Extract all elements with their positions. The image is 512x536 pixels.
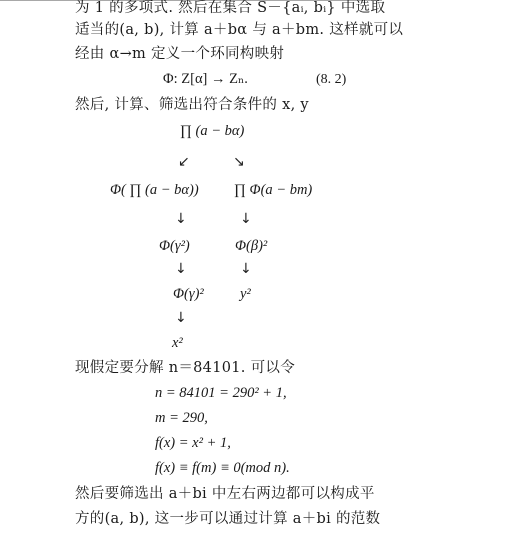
paragraph-line-1: 为 1 的多项式. 然后在集合 S－{aᵢ, bᵢ} 中选取 bbox=[75, 0, 385, 17]
equation-8-2: Φ: Z[α] → Zₙ. bbox=[163, 70, 248, 88]
arrow-down-icon: ↓ bbox=[175, 262, 187, 276]
diagram-top-product: ∏ (a − bα) bbox=[180, 122, 244, 140]
arrow-down-left-icon: ↙ bbox=[178, 155, 190, 169]
paragraph-line-3: 经由 α→m 定义一个环同构映射 bbox=[75, 45, 284, 63]
equation-n: n = 84101 = 290² + 1, bbox=[155, 384, 287, 402]
arrow-down-icon: ↓ bbox=[175, 212, 187, 226]
diagram-left-2: Φ(γ²) bbox=[159, 237, 190, 255]
arrow-down-icon: ↓ bbox=[175, 311, 187, 325]
arrow-down-icon: ↓ bbox=[240, 212, 252, 226]
diagram-left-4: x² bbox=[172, 334, 183, 352]
equation-m: m = 290, bbox=[155, 409, 208, 427]
arrow-down-icon: ↓ bbox=[240, 262, 252, 276]
arrow-down-right-icon: ↘ bbox=[233, 155, 245, 169]
diagram-right-1: ∏ Φ(a − bm) bbox=[234, 181, 312, 199]
paragraph-line-6: 然后要筛选出 a＋bi 中左右两边都可以构成平 bbox=[75, 485, 375, 503]
paragraph-line-7: 方的(a, b), 这一步可以通过计算 a＋bi 的范数 bbox=[75, 510, 380, 528]
diagram-left-1: Φ( ∏ (a − bα)) bbox=[110, 181, 199, 199]
paragraph-line-5: 现假定要分解 n＝84101. 可以令 bbox=[75, 359, 295, 377]
equation-f: f(x) = x² + 1, bbox=[155, 434, 231, 452]
paragraph-line-4: 然后, 计算、筛选出符合条件的 x, y bbox=[75, 96, 309, 114]
diagram-right-2: Φ(β)² bbox=[235, 237, 267, 255]
diagram-right-3: y² bbox=[240, 285, 251, 303]
diagram-left-3: Φ(γ)² bbox=[173, 285, 204, 303]
equation-number: (8. 2) bbox=[316, 71, 346, 89]
equation-congruence: f(x) ≡ f(m) ≡ 0(mod n). bbox=[155, 459, 290, 477]
paragraph-line-2: 适当的(a, b), 计算 a＋bα 与 a＋bm. 这样就可以 bbox=[75, 21, 403, 39]
